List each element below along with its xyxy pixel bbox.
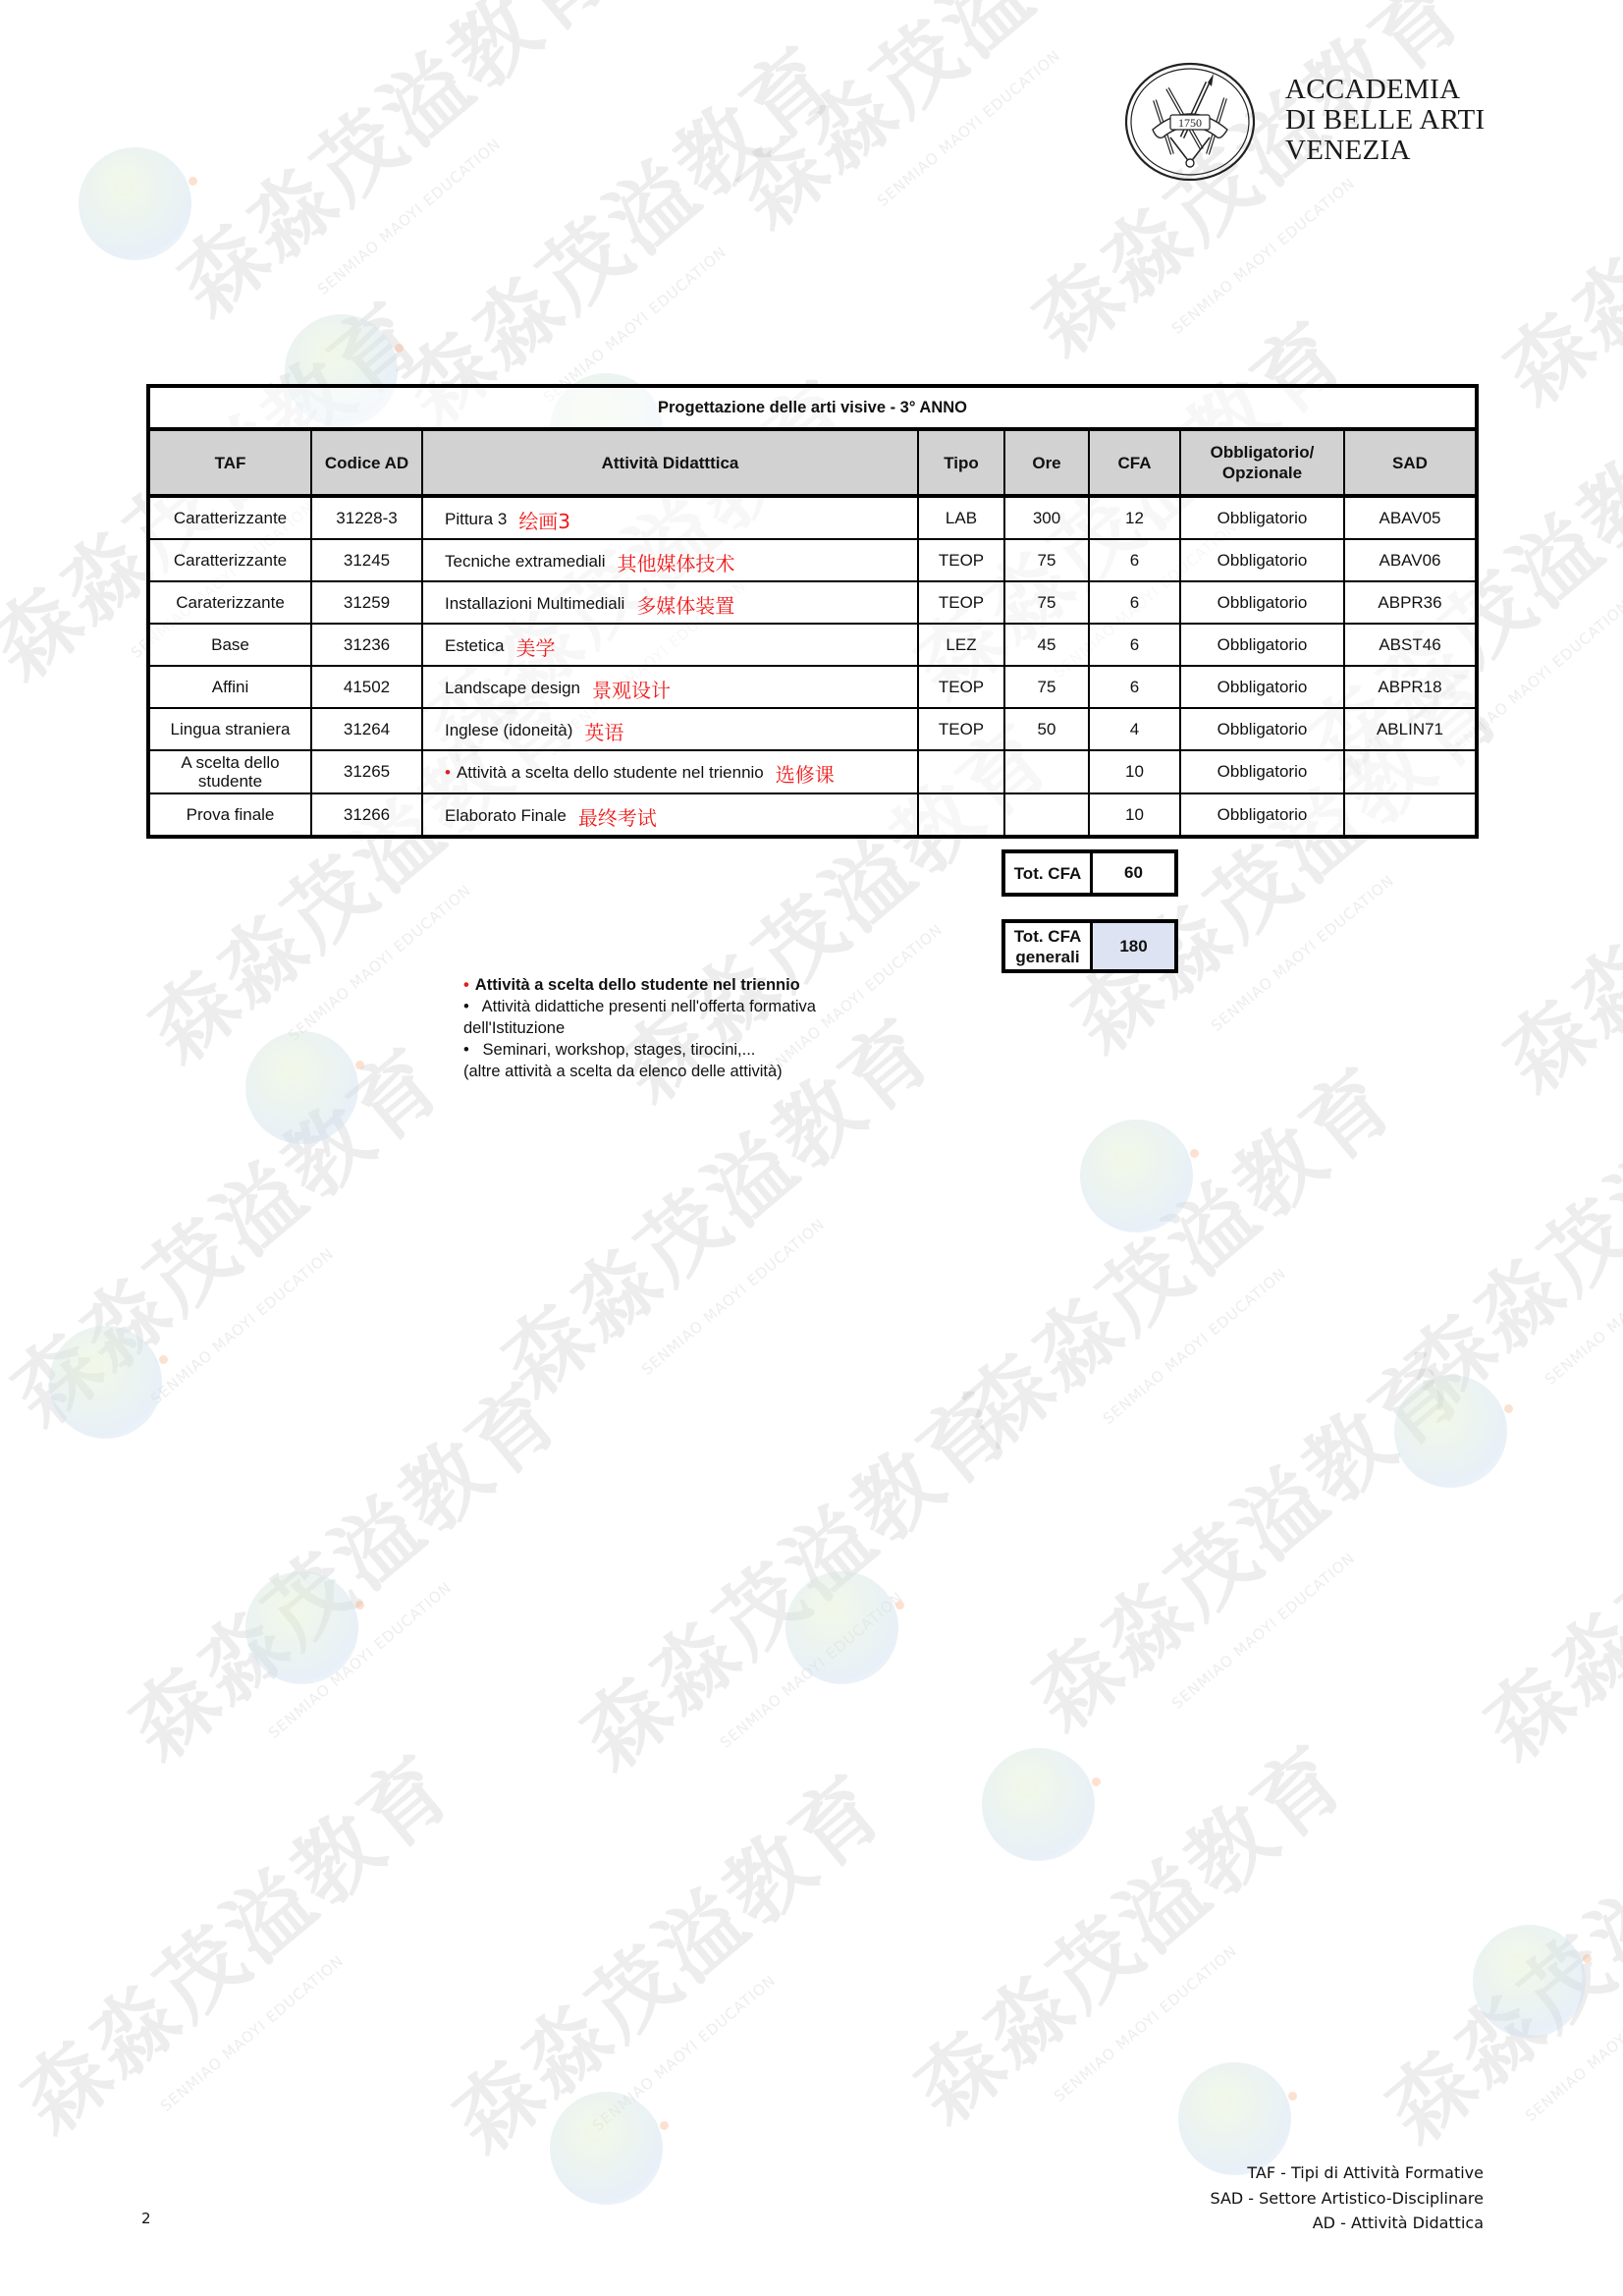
chinese-annotation: 选修课 <box>776 763 835 787</box>
watermark-subtext: SENMIAO MAOYI EDUCATION <box>285 881 475 1045</box>
cell-sad <box>1344 793 1477 837</box>
cell-ore: 50 <box>1004 708 1089 750</box>
cell-attivita: Landscape design景观设计 <box>422 666 918 708</box>
watermark-subtext: SENMIAO MAOYI EDUCATION <box>314 135 505 299</box>
watermark-text: 森淼茂溢教育 <box>147 0 631 339</box>
cell-ore <box>1004 750 1089 793</box>
abbreviation-legend: TAF - Tipi di Attività Formative SAD - S… <box>1210 2160 1484 2236</box>
cell-attivita: •Attività a scelta dello studente nel tr… <box>422 750 918 793</box>
watermark-layer: 森淼茂溢教育SENMIAO MAOYI EDUCATION森淼茂溢教育SENMI… <box>0 0 1623 2296</box>
bullet-marker: • <box>445 763 451 782</box>
cell-ore: 75 <box>1004 666 1089 708</box>
cell-obbligo: Obbligatorio <box>1180 581 1344 624</box>
institution-line-1: ACCADEMIA <box>1285 75 1486 105</box>
watermark-subtext: SENMIAO MAOYI EDUCATION <box>638 1215 829 1379</box>
watermark-logo-icon <box>245 1571 358 1684</box>
activity-name: Pittura 3 <box>445 510 507 528</box>
activity-name: Installazioni Multimediali <box>445 594 624 613</box>
watermark-logo-icon <box>1080 1120 1193 1232</box>
watermark-subtext: SENMIAO MAOYI EDUCATION <box>717 1588 907 1752</box>
cell-cfa: 6 <box>1089 666 1180 708</box>
cell-tipo: TEOP <box>918 666 1004 708</box>
notes-line-1: • Attività didattiche presenti nell'offe… <box>463 996 816 1017</box>
chinese-annotation: 英语 <box>584 721 623 744</box>
academy-seal-logo: 1750 <box>1123 61 1257 183</box>
watermark-subtext: SENMIAO MAOYI EDUCATION <box>265 1578 456 1742</box>
institution-line-2: DI BELLE ARTI <box>1285 105 1486 136</box>
cell-taf: Caraterizzante <box>148 581 311 624</box>
cell-codice: 31266 <box>311 793 422 837</box>
cell-sad: ABLIN71 <box>1344 708 1477 750</box>
activity-name: Attività a scelta dello studente nel tri… <box>457 763 764 782</box>
page-number: 2 <box>141 2210 151 2227</box>
cell-codice: 31264 <box>311 708 422 750</box>
cell-cfa: 6 <box>1089 539 1180 581</box>
cell-obbligo: Obbligatorio <box>1180 793 1344 837</box>
cell-cfa: 6 <box>1089 581 1180 624</box>
chinese-annotation: 景观设计 <box>592 679 671 702</box>
cell-sad: ABST46 <box>1344 624 1477 666</box>
cell-attivita: Elaborato Finale最终考试 <box>422 793 918 837</box>
cell-codice: 41502 <box>311 666 422 708</box>
institution-name: ACCADEMIA DI BELLE ARTI VENEZIA <box>1285 75 1486 166</box>
cell-obbligo: Obbligatorio <box>1180 666 1344 708</box>
column-header-obbligo: Obbligatorio/ Opzionale <box>1180 429 1344 496</box>
column-header-obbligo-label: Obbligatorio/ Opzionale <box>1209 442 1317 483</box>
cell-codice: 31236 <box>311 624 422 666</box>
cell-obbligo: Obbligatorio <box>1180 708 1344 750</box>
watermark-logo-icon <box>79 147 191 260</box>
watermark-text: 森淼茂溢教育 <box>1001 1319 1486 1753</box>
watermark-text: 森淼茂溢教育 <box>0 1014 464 1449</box>
cell-taf: Lingua straniera <box>148 708 311 750</box>
watermark-text: 森淼茂溢教育 <box>1473 0 1623 427</box>
cell-tipo <box>918 750 1004 793</box>
table-title: Progettazione delle arti visive - 3° ANN… <box>148 386 1477 429</box>
legend-taf: TAF - Tipi di Attività Formative <box>1210 2160 1484 2186</box>
cell-tipo: TEOP <box>918 708 1004 750</box>
chinese-annotation: 最终考试 <box>578 806 657 830</box>
watermark-text: 森淼茂溢教育 <box>933 1034 1417 1468</box>
column-header-codice: Codice AD <box>311 429 422 496</box>
cell-tipo: TEOP <box>918 581 1004 624</box>
curriculum-table: Progettazione delle arti visive - 3° ANN… <box>146 384 1479 839</box>
watermark-subtext: SENMIAO MAOYI EDUCATION <box>874 46 1064 210</box>
cell-taf: Caratterizzante <box>148 496 311 539</box>
table-body: Caratterizzante 31228-3 Pittura 3绘画3 LAB… <box>148 496 1477 837</box>
activity-name: Tecniche extramediali <box>445 552 605 571</box>
cell-codice: 31265 <box>311 750 422 793</box>
cell-taf: A scelta dello studente <box>148 750 311 793</box>
column-header-tipo: Tipo <box>918 429 1004 496</box>
watermark-text: 森淼茂溢教育 <box>1473 681 1623 1115</box>
total-cfa-generali-box: Tot. CFA generali 180 <box>1001 919 1178 973</box>
institution-line-3: VENEZIA <box>1285 136 1486 166</box>
cell-taf: Prova finale <box>148 793 311 837</box>
watermark-logo-icon <box>1178 2062 1291 2175</box>
total-cfa-generali-label: Tot. CFA generali <box>1005 923 1093 969</box>
table-row: A scelta dello studente 31265 •Attività … <box>148 750 1477 793</box>
watermark-logo-icon <box>550 2092 663 2205</box>
watermark-subtext: SENMIAO MAOYI EDUCATION <box>1168 1549 1359 1713</box>
svg-text:1750: 1750 <box>1178 116 1202 130</box>
cell-tipo: TEOP <box>918 539 1004 581</box>
table-row: Affini 41502 Landscape design景观设计 TEOP 7… <box>148 666 1477 708</box>
column-header-ore: Ore <box>1004 429 1089 496</box>
legend-ad: AD - Attività Didattica <box>1210 2211 1484 2236</box>
watermark-logo-icon <box>1473 1925 1586 2038</box>
table-row: Caratterizzante 31245 Tecniche extramedi… <box>148 539 1477 581</box>
cell-tipo <box>918 793 1004 837</box>
notes-line-2: dell'Istituzione <box>463 1017 816 1039</box>
watermark-logo-icon <box>785 1571 898 1684</box>
cell-ore: 45 <box>1004 624 1089 666</box>
column-header-taf: TAF <box>148 429 311 496</box>
watermark-text: 森淼茂溢教育 <box>1453 1348 1623 1782</box>
activity-name: Inglese (idoneità) <box>445 721 572 739</box>
cell-ore <box>1004 793 1089 837</box>
watermark-subtext: SENMIAO MAOYI EDUCATION <box>1522 1961 1623 2125</box>
cell-attivita: Pittura 3绘画3 <box>422 496 918 539</box>
column-header-cfa: CFA <box>1089 429 1180 496</box>
cell-cfa: 10 <box>1089 793 1180 837</box>
cell-cfa: 6 <box>1089 624 1180 666</box>
watermark-subtext: SENMIAO MAOYI EDUCATION <box>147 1244 338 1408</box>
watermark-subtext: SENMIAO MAOYI EDUCATION <box>540 243 730 407</box>
total-cfa-generali-value: 180 <box>1093 923 1174 969</box>
activity-name: Estetica <box>445 636 504 655</box>
watermark-text: 森淼茂溢教育 <box>1355 1731 1623 2165</box>
watermark-logo-icon <box>245 1031 358 1144</box>
table-row: Prova finale 31266 Elaborato Finale最终考试 … <box>148 793 1477 837</box>
watermark-subtext: SENMIAO MAOYI EDUCATION <box>589 1971 780 2135</box>
total-cfa-label: Tot. CFA <box>1005 853 1093 893</box>
legend-sad: SAD - Settore Artistico-Disciplinare <box>1210 2186 1484 2212</box>
cell-obbligo: Obbligatorio <box>1180 496 1344 539</box>
cell-ore: 75 <box>1004 581 1089 624</box>
cell-cfa: 10 <box>1089 750 1180 793</box>
cell-attivita: Inglese (idoneità)英语 <box>422 708 918 750</box>
cell-tipo: LEZ <box>918 624 1004 666</box>
cell-obbligo: Obbligatorio <box>1180 750 1344 793</box>
seal-icon: 1750 <box>1123 61 1257 183</box>
notes-title: •Attività a scelta dello studente nel tr… <box>463 974 816 996</box>
table-row: Caraterizzante 31259 Installazioni Multi… <box>148 581 1477 624</box>
cell-taf: Affini <box>148 666 311 708</box>
chinese-annotation: 绘画3 <box>518 510 570 533</box>
watermark-text: 森淼茂溢教育 <box>422 1741 906 2175</box>
cell-taf: Caratterizzante <box>148 539 311 581</box>
total-cfa-box: Tot. CFA 60 <box>1001 849 1178 897</box>
watermark-text: 森淼茂溢教育 <box>550 1358 1034 1792</box>
cell-cfa: 12 <box>1089 496 1180 539</box>
notes-title-text: Attività a scelta dello studente nel tri… <box>475 976 800 994</box>
cell-tipo: LAB <box>918 496 1004 539</box>
watermark-logo-icon <box>1394 1375 1507 1488</box>
column-header-attivita: Attività Didatttica <box>422 429 918 496</box>
notes-line-3: • Seminari, workshop, stages, tirocini,.… <box>463 1039 816 1061</box>
cell-ore: 300 <box>1004 496 1089 539</box>
chinese-annotation: 其他媒体技术 <box>617 552 734 575</box>
cell-codice: 31228-3 <box>311 496 422 539</box>
chinese-annotation: 美学 <box>515 636 555 660</box>
cell-sad: ABAV06 <box>1344 539 1477 581</box>
cell-obbligo: Obbligatorio <box>1180 624 1344 666</box>
cell-attivita: Estetica美学 <box>422 624 918 666</box>
cell-obbligo: Obbligatorio <box>1180 539 1344 581</box>
notes-line-4: (altre attività a scelta da elenco delle… <box>463 1061 816 1082</box>
table-header-row: TAF Codice AD Attività Didatttica Tipo O… <box>148 429 1477 496</box>
bullet-marker: • <box>463 976 469 994</box>
watermark-subtext: SENMIAO MAOYI EDUCATION <box>1168 174 1359 338</box>
table-row: Caratterizzante 31228-3 Pittura 3绘画3 LAB… <box>148 496 1477 539</box>
cell-attivita: Installazioni Multimediali多媒体装置 <box>422 581 918 624</box>
watermark-text: 森淼茂溢教育 <box>98 1348 582 1782</box>
cell-ore: 75 <box>1004 539 1089 581</box>
watermark-subtext: SENMIAO MAOYI EDUCATION <box>1542 1225 1623 1389</box>
watermark-subtext: SENMIAO MAOYI EDUCATION <box>1051 1941 1241 2105</box>
watermark-subtext: SENMIAO MAOYI EDUCATION <box>157 1951 348 2115</box>
cell-codice: 31259 <box>311 581 422 624</box>
watermark-logo-icon <box>982 1748 1095 1861</box>
cell-cfa: 4 <box>1089 708 1180 750</box>
activity-name: Landscape design <box>445 679 580 697</box>
watermark-text: 森淼茂溢教育 <box>707 0 1191 250</box>
table-row: Base 31236 Estetica美学 LEZ 45 6 Obbligato… <box>148 624 1477 666</box>
watermark-text: 森淼茂溢教育 <box>1375 995 1623 1429</box>
cell-codice: 31245 <box>311 539 422 581</box>
elective-notes: •Attività a scelta dello studente nel tr… <box>463 974 816 1082</box>
cell-sad: ABPR18 <box>1344 666 1477 708</box>
cell-sad: ABPR36 <box>1344 581 1477 624</box>
watermark-logo-icon <box>49 1326 162 1439</box>
column-header-sad: SAD <box>1344 429 1477 496</box>
watermark-text: 森淼茂溢教育 <box>884 1712 1368 2146</box>
watermark-text: 森淼茂溢教育 <box>0 1722 474 2156</box>
watermark-subtext: SENMIAO MAOYI EDUCATION <box>1208 871 1398 1035</box>
chinese-annotation: 多媒体装置 <box>636 594 734 618</box>
watermark-text: 森淼茂溢教育 <box>373 13 857 447</box>
watermark-text: 森淼茂溢教育 <box>1001 0 1486 378</box>
watermark-subtext: SENMIAO MAOYI EDUCATION <box>1100 1264 1290 1428</box>
total-cfa-value: 60 <box>1093 853 1174 893</box>
table-row: Lingua straniera 31264 Inglese (idoneità… <box>148 708 1477 750</box>
cell-taf: Base <box>148 624 311 666</box>
cell-sad <box>1344 750 1477 793</box>
activity-name: Elaborato Finale <box>445 806 567 825</box>
cell-attivita: Tecniche extramediali其他媒体技术 <box>422 539 918 581</box>
cell-sad: ABAV05 <box>1344 496 1477 539</box>
